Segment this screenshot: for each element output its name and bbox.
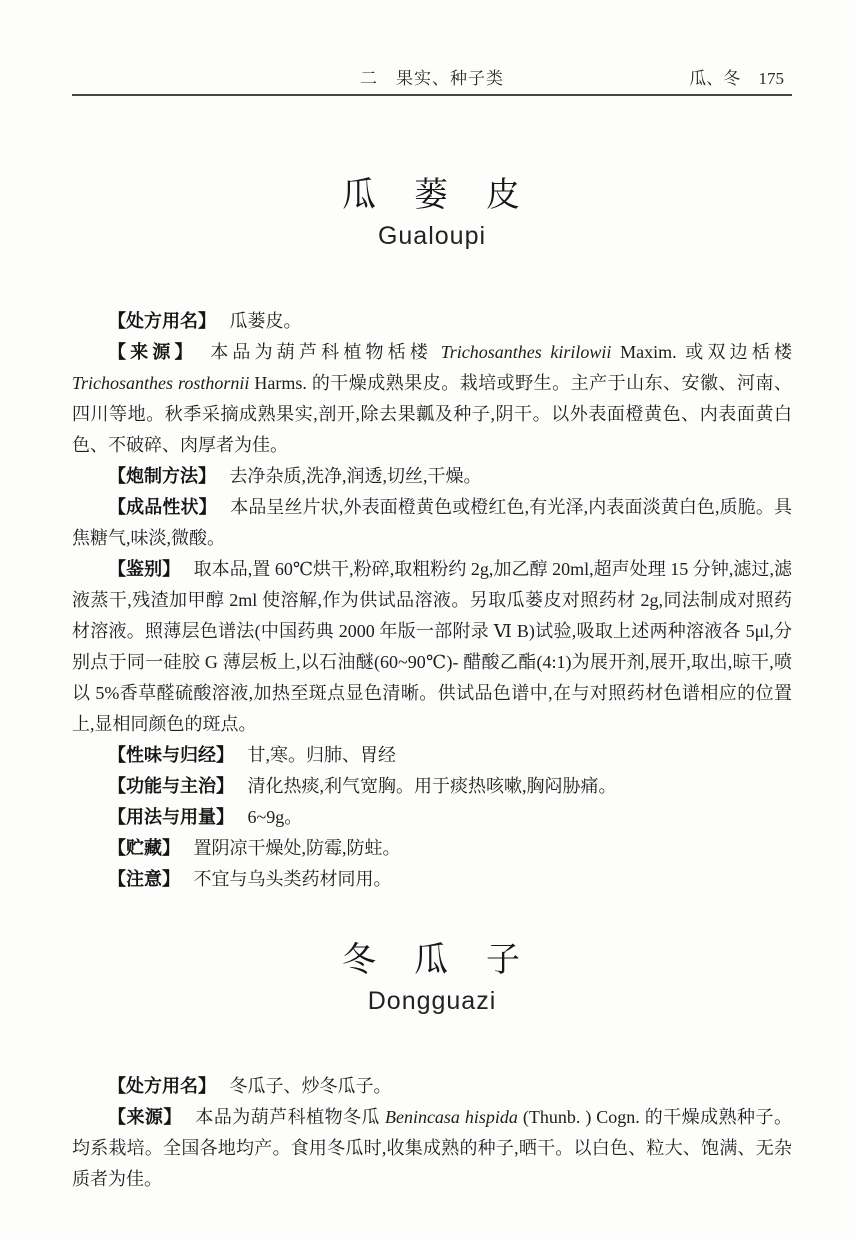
section-text: 清化热痰,利气宽胸。用于痰热咳嗽,胸闷胁痛。: [248, 776, 617, 796]
latin-botanical-name: Trichosanthes kirilowii: [441, 342, 612, 362]
header-page-number: 175: [759, 69, 785, 88]
section-text: 去净杂质,洗净,润透,切丝,干燥。: [230, 466, 482, 486]
text-segment: 置阴凉干燥处,防霉,防蛀。: [194, 838, 401, 858]
section-paragraph: 【来源】本品为葫芦科植物栝楼 Trichosanthes kirilowii M…: [72, 337, 792, 461]
latin-botanical-name: Benincasa hispida: [385, 1107, 518, 1127]
latin-botanical-name: Trichosanthes rosthornii: [72, 373, 249, 393]
section-label: 【功能与主治】: [108, 776, 234, 796]
section-label: 【来源】: [108, 342, 197, 362]
text-segment: 瓜蒌皮。: [230, 311, 302, 331]
entry-body: 【处方用名】冬瓜子、炒冬瓜子。【来源】本品为葫芦科植物冬瓜 Benincasa …: [72, 1071, 792, 1195]
text-segment: 甘,寒。归肺、胃经: [248, 745, 397, 765]
header-chapter-label: 瓜、冬: [689, 69, 740, 88]
monograph-entry: 冬 瓜 子 Dongguazi 【处方用名】冬瓜子、炒冬瓜子。【来源】本品为葫芦…: [72, 939, 792, 1195]
section-paragraph: 【性味与归经】甘,寒。归肺、胃经: [72, 740, 792, 771]
section-text: 不宜与乌头类药材同用。: [194, 869, 392, 889]
section-text: 瓜蒌皮。: [230, 311, 302, 331]
book-page: 二 果实、种子类 瓜、冬 175 瓜 蒌 皮 Gualoupi 【处方用名】瓜蒌…: [0, 0, 856, 1239]
header-page-info: 瓜、冬 175: [689, 64, 784, 89]
section-paragraph: 【贮藏】置阴凉干燥处,防霉,防蛀。: [72, 833, 792, 864]
section-label: 【用法与用量】: [108, 807, 234, 827]
page-header: 二 果实、种子类 瓜、冬 175: [72, 0, 792, 88]
entry-pinyin: Gualoupi: [72, 220, 792, 252]
entry-pinyin: Dongguazi: [72, 985, 792, 1017]
section-paragraph: 【处方用名】冬瓜子、炒冬瓜子。: [72, 1071, 792, 1102]
text-segment: 清化热痰,利气宽胸。用于痰热咳嗽,胸闷胁痛。: [248, 776, 617, 796]
section-label: 【处方用名】: [108, 311, 216, 331]
header-section-title: 二 果实、种子类: [360, 64, 504, 89]
section-paragraph: 【成品性状】本品呈丝片状,外表面橙黄色或橙红色,有光泽,内表面淡黄白色,质脆。具…: [72, 492, 792, 554]
section-label: 【注意】: [108, 869, 180, 889]
text-segment: 本品为葫芦科植物栝楼: [210, 342, 440, 362]
section-paragraph: 【用法与用量】6~9g。: [72, 802, 792, 833]
text-segment: 去净杂质,洗净,润透,切丝,干燥。: [230, 466, 482, 486]
section-label: 【处方用名】: [108, 1076, 216, 1096]
section-paragraph: 【注意】不宜与乌头类药材同用。: [72, 864, 792, 895]
section-label: 【炮制方法】: [108, 466, 216, 486]
section-label: 【来源】: [108, 1107, 182, 1127]
entry-title: 冬 瓜 子: [72, 939, 792, 981]
text-segment: 本品为葫芦科植物冬瓜: [195, 1107, 385, 1127]
section-label: 【性味与归经】: [108, 745, 234, 765]
section-text: 置阴凉干燥处,防霉,防蛀。: [194, 838, 401, 858]
text-segment: 6~9g。: [248, 807, 303, 827]
text-segment: 取本品,置 60℃烘干,粉碎,取粗粉约 2g,加乙醇 20ml,超声处理 15 …: [72, 559, 792, 734]
entry-title: 瓜 蒌 皮: [72, 174, 792, 216]
section-label: 【鉴别】: [108, 559, 180, 579]
section-text: 6~9g。: [248, 807, 303, 827]
text-segment: 冬瓜子、炒冬瓜子。: [230, 1076, 392, 1096]
entry-body: 【处方用名】瓜蒌皮。【来源】本品为葫芦科植物栝楼 Trichosanthes k…: [72, 306, 792, 895]
section-paragraph: 【鉴别】取本品,置 60℃烘干,粉碎,取粗粉约 2g,加乙醇 20ml,超声处理…: [72, 554, 792, 740]
section-text: 冬瓜子、炒冬瓜子。: [230, 1076, 392, 1096]
section-paragraph: 【功能与主治】清化热痰,利气宽胸。用于痰热咳嗽,胸闷胁痛。: [72, 771, 792, 802]
header-divider: [72, 94, 792, 96]
entries: 瓜 蒌 皮 Gualoupi 【处方用名】瓜蒌皮。【来源】本品为葫芦科植物栝楼 …: [72, 174, 792, 1195]
section-text: 甘,寒。归肺、胃经: [248, 745, 397, 765]
text-segment: 不宜与乌头类药材同用。: [194, 869, 392, 889]
section-paragraph: 【来源】本品为葫芦科植物冬瓜 Benincasa hispida (Thunb.…: [72, 1102, 792, 1195]
section-text: 取本品,置 60℃烘干,粉碎,取粗粉约 2g,加乙醇 20ml,超声处理 15 …: [72, 559, 792, 734]
section-label: 【贮藏】: [108, 838, 180, 858]
monograph-entry: 瓜 蒌 皮 Gualoupi 【处方用名】瓜蒌皮。【来源】本品为葫芦科植物栝楼 …: [72, 174, 792, 895]
section-paragraph: 【炮制方法】去净杂质,洗净,润透,切丝,干燥。: [72, 461, 792, 492]
section-label: 【成品性状】: [108, 497, 217, 517]
section-paragraph: 【处方用名】瓜蒌皮。: [72, 306, 792, 337]
text-segment: Maxim. 或双边栝楼: [611, 342, 792, 362]
